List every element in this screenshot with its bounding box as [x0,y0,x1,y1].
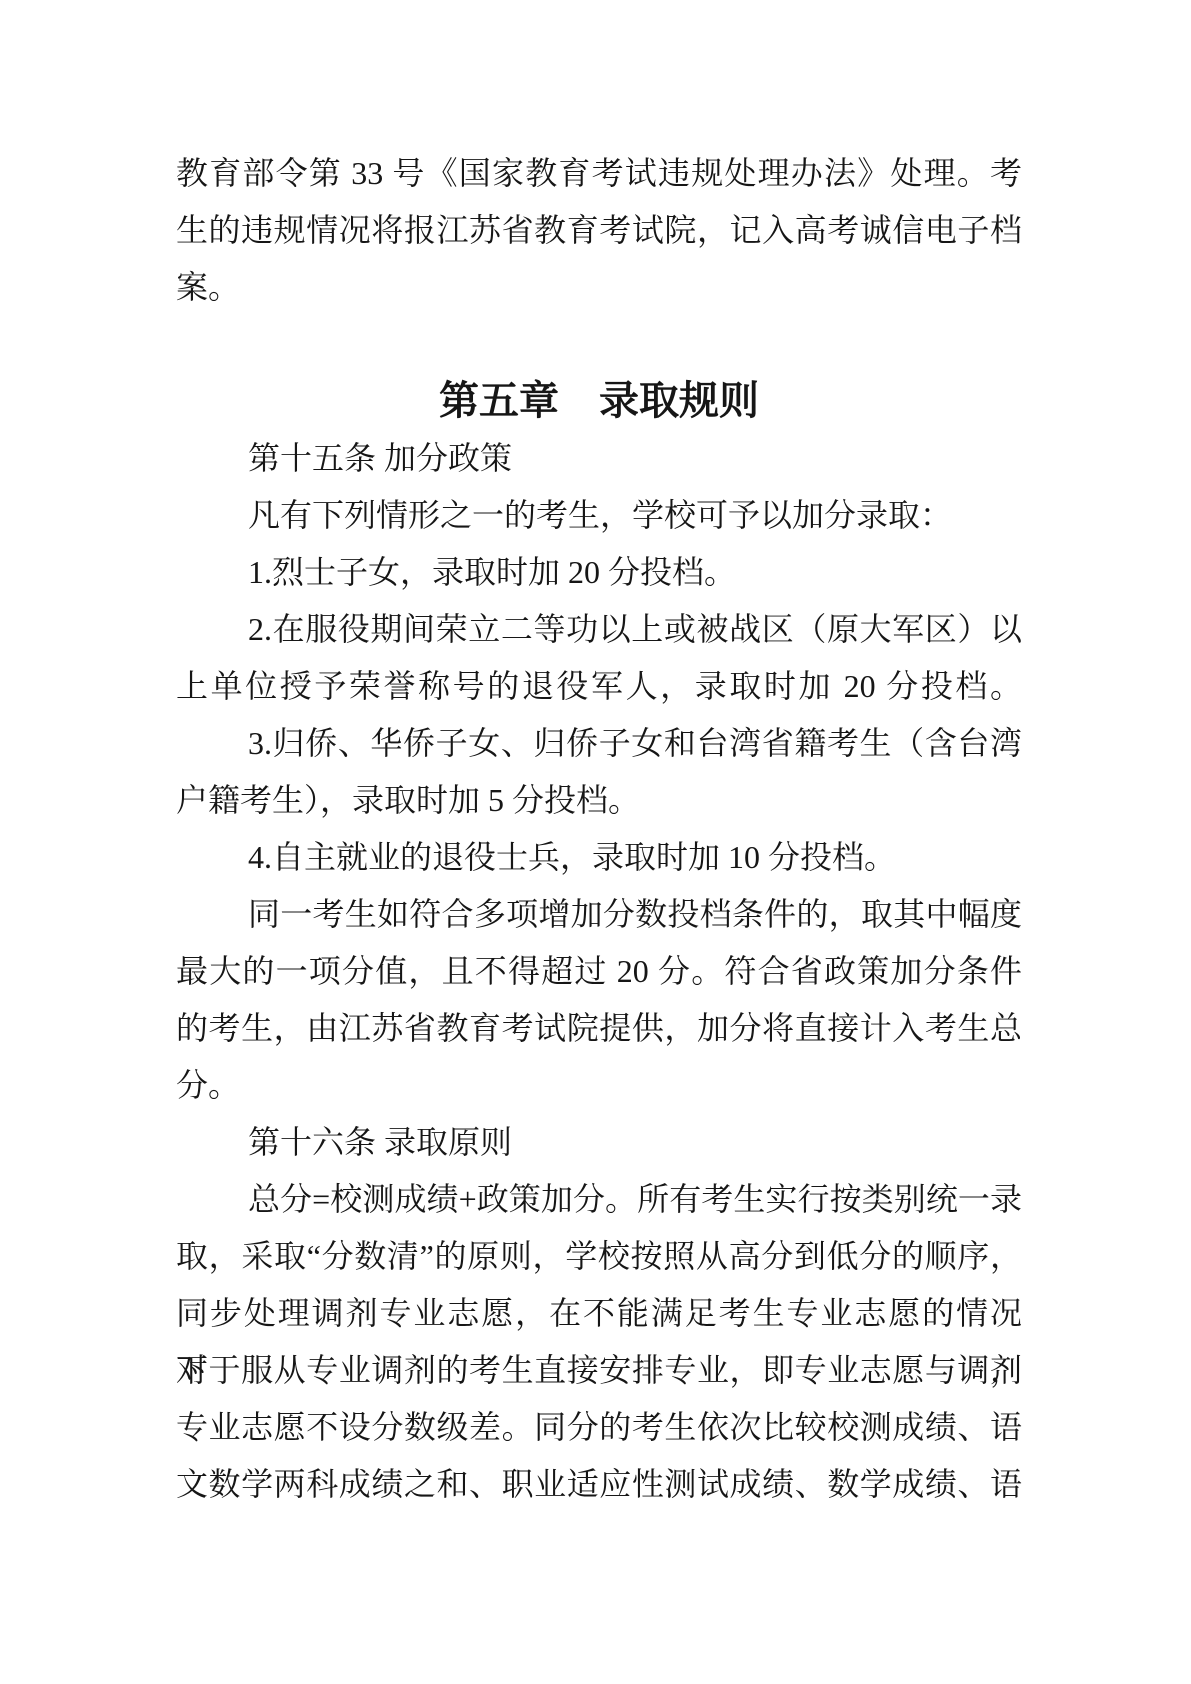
document-body: 教育部令第 33 号《国家教育考试违规处理办法》处理。考 生的违规情况将报江苏省… [176,145,1022,1513]
list-item-3-line: 3.归侨、华侨子女、归侨子女和台湾省籍考生（含台湾 [176,715,1022,772]
article-15-title-line: 第十五条 加分政策 [176,430,1022,487]
paragraph-line: 文数学两科成绩之和、职业适应性测试成绩、数学成绩、语 [176,1456,1022,1513]
list-item-3-line: 户籍考生），录取时加 5 分投档。 [176,772,1022,829]
paragraph-line: 总分=校测成绩+政策加分。所有考生实行按类别统一录 [176,1171,1022,1228]
document-page: 教育部令第 33 号《国家教育考试违规处理办法》处理。考 生的违规情况将报江苏省… [0,0,1191,1684]
list-item-2-line: 上单位授予荣誉称号的退役军人，录取时加 20 分投档。 [176,658,1022,715]
paragraph-line: 专业志愿不设分数级差。同分的考生依次比较校测成绩、语 [176,1399,1022,1456]
paragraph-line: 教育部令第 33 号《国家教育考试违规处理办法》处理。考 [176,145,1022,202]
paragraph-line: 取，采取“分数清”的原则，学校按照从高分到低分的顺序， [176,1228,1022,1285]
paragraph-line: 凡有下列情形之一的考生，学校可予以加分录取： [176,487,1022,544]
article-16-title-line: 第十六条 录取原则 [176,1114,1022,1171]
list-item-1-line: 1.烈士子女，录取时加 20 分投档。 [176,544,1022,601]
blank-line [176,316,1022,373]
paragraph-line: 同一考生如符合多项增加分数投档条件的，取其中幅度 [176,886,1022,943]
paragraph-line: 生的违规情况将报江苏省教育考试院，记入高考诚信电子档 [176,202,1022,259]
paragraph-line: 的考生，由江苏省教育考试院提供，加分将直接计入考生总 [176,1000,1022,1057]
list-item-4-line: 4.自主就业的退役士兵，录取时加 10 分投档。 [176,829,1022,886]
paragraph-line: 案。 [176,259,1022,316]
list-item-2-line: 2.在服役期间荣立二等功以上或被战区（原大军区）以 [176,601,1022,658]
paragraph-line: 分。 [176,1057,1022,1114]
chapter-heading: 第五章 录取规则 [176,373,1022,430]
paragraph-line: 同步处理调剂专业志愿，在不能满足考生专业志愿的情况下， [176,1285,1022,1342]
paragraph-line: 最大的一项分值，且不得超过 20 分。符合省政策加分条件 [176,943,1022,1000]
paragraph-line: 对于服从专业调剂的考生直接安排专业，即专业志愿与调剂 [176,1342,1022,1399]
